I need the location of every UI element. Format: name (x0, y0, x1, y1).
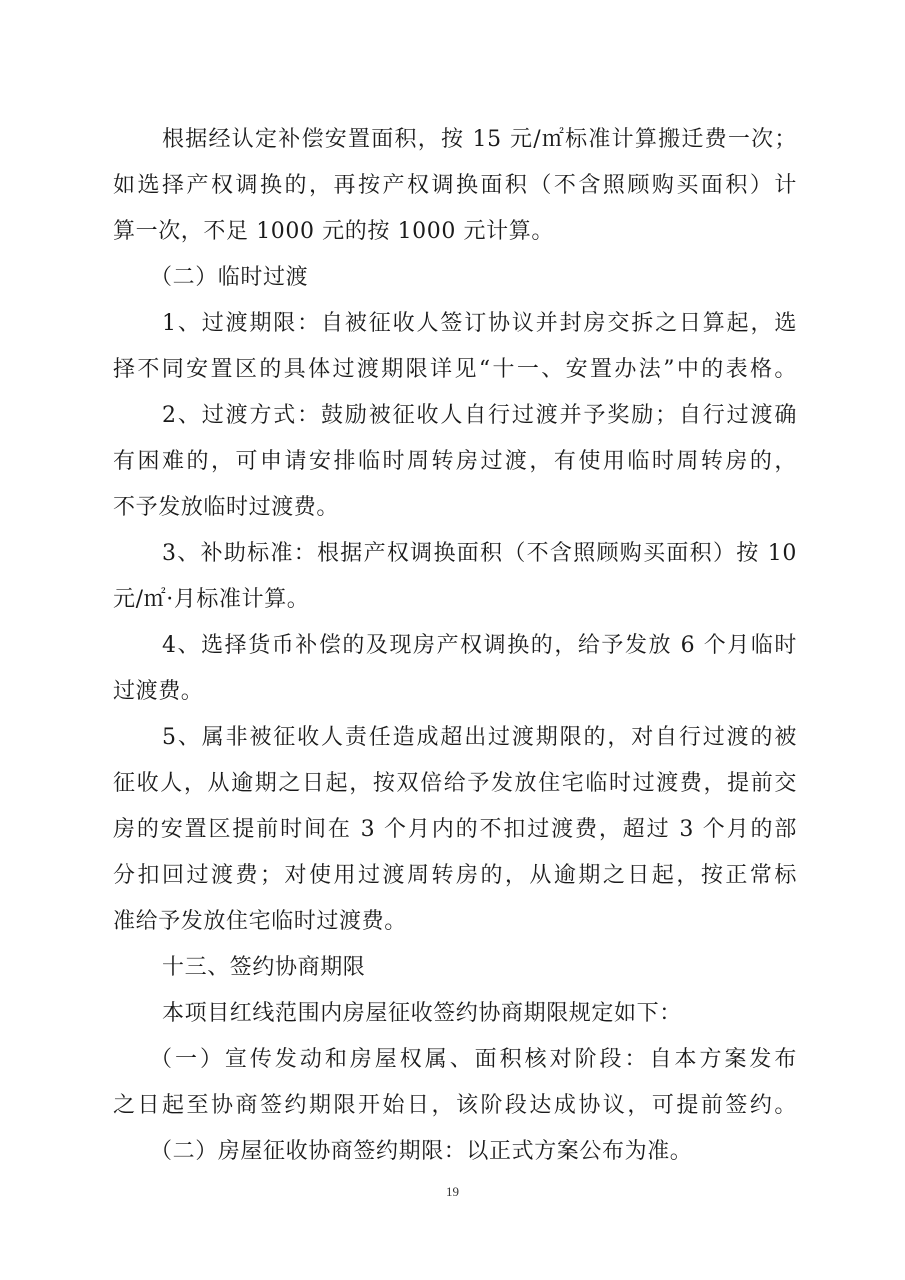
text-line: （二）房屋征收协商签约期限：以正式方案公布为准。 (150, 1138, 797, 1166)
text-line: 根据经认定补偿安置面积，按 15 元/㎡标准计算搬迁费一次； (162, 126, 797, 154)
page-number: 19 (0, 1184, 905, 1200)
text-line: 元/㎡·月标准计算。 (113, 586, 797, 614)
text-line: 如选择产权调换的，再按产权调换面积（不含照顾购买面积）计 (113, 172, 797, 200)
text-line: 本项目红线范围内房屋征收签约协商期限规定如下： (162, 1000, 797, 1028)
text-line: 准给予发放住宅临时过渡费。 (113, 908, 797, 936)
text-line: 2、过渡方式：鼓励被征收人自行过渡并予奖励；自行过渡确 (162, 402, 797, 430)
text-line: 3、补助标准：根据产权调换面积（不含照顾购买面积）按 10 (162, 540, 797, 568)
text-line: 房的安置区提前时间在 3 个月内的不扣过渡费，超过 3 个月的部 (113, 816, 797, 844)
document-page: 根据经认定补偿安置面积，按 15 元/㎡标准计算搬迁费一次；如选择产权调换的，再… (0, 0, 905, 1280)
text-line: 4、选择货币补偿的及现房产权调换的，给予发放 6 个月临时 (162, 632, 797, 660)
text-line: 分扣回过渡费；对使用过渡周转房的，从逾期之日起，按正常标 (113, 862, 797, 890)
text-line: 算一次，不足 1000 元的按 1000 元计算。 (113, 218, 797, 246)
text-line: 择不同安置区的具体过渡期限详见“十一、安置办法”中的表格。 (113, 356, 797, 384)
text-line: 不予发放临时过渡费。 (113, 494, 797, 522)
text-line: （一）宣传发动和房屋权属、面积核对阶段：自本方案发布 (150, 1046, 797, 1074)
text-line: 1、过渡期限：自被征收人签订协议并封房交拆之日算起，选 (162, 310, 797, 338)
text-line: 之日起至协商签约期限开始日，该阶段达成协议，可提前签约。 (113, 1092, 797, 1120)
text-line: 征收人，从逾期之日起，按双倍给予发放住宅临时过渡费，提前交 (113, 770, 797, 798)
text-line: 有困难的，可申请安排临时周转房过渡，有使用临时周转房的， (113, 448, 797, 476)
text-line: （二）临时过渡 (150, 264, 797, 292)
text-line: 十三、签约协商期限 (162, 954, 797, 982)
text-line: 过渡费。 (113, 678, 797, 706)
text-line: 5、属非被征收人责任造成超出过渡期限的，对自行过渡的被 (162, 724, 797, 752)
